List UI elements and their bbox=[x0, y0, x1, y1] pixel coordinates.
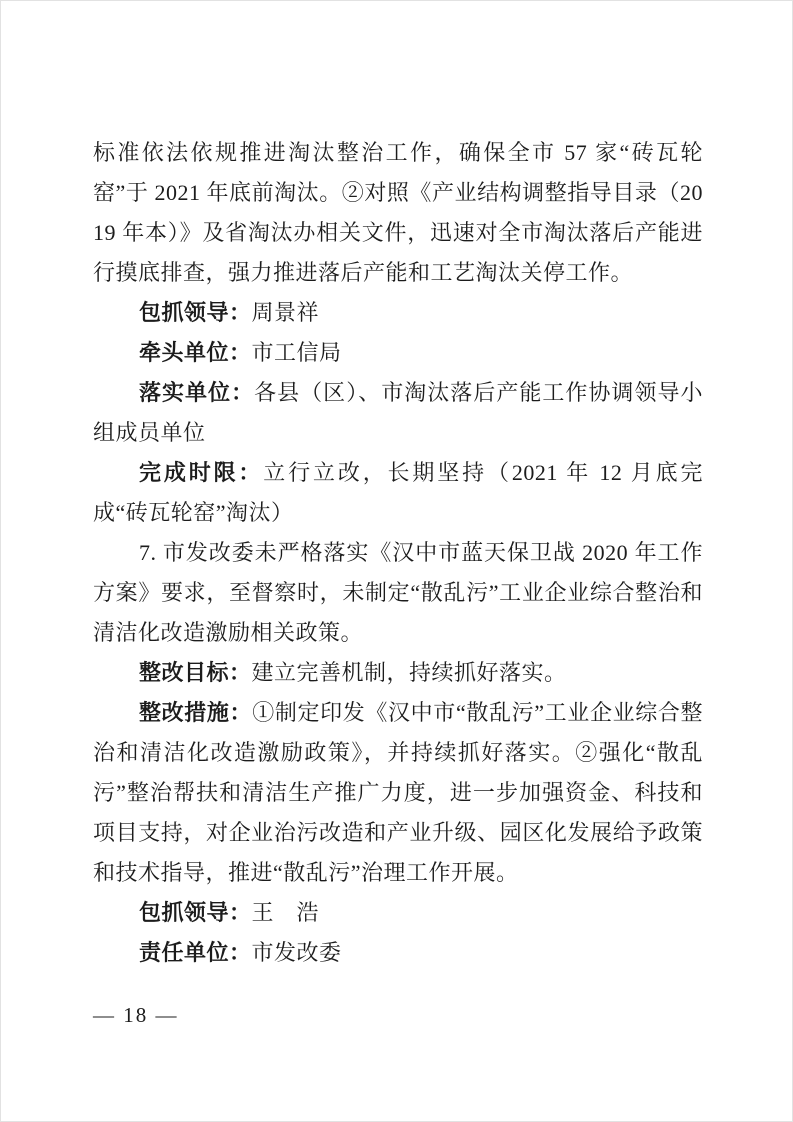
field-line-baozhua-leader-2: 包抓领导：王 浩 bbox=[93, 893, 703, 933]
field-line-deadline: 完成时限：立行立改，长期坚持（2021 年 12 月底完成“砖瓦轮窑”淘汰） bbox=[93, 453, 703, 533]
paragraph-item-7: 7. 市发改委未严格落实《汉中市蓝天保卫战 2020 年工作方案》要求，至督察时… bbox=[93, 533, 703, 653]
field-value: 市工信局 bbox=[252, 340, 342, 365]
paragraph-continuation: 标准依法依规推进淘汰整治工作，确保全市 57 家“砖瓦轮窑”于 2021 年底前… bbox=[93, 133, 703, 293]
field-line-rectification-measures: 整改措施：①制定印发《汉中市“散乱污”工业企业综合整治和清洁化改造激励政策》，并… bbox=[93, 693, 703, 893]
field-value: 周景祥 bbox=[252, 300, 320, 325]
document-body: 标准依法依规推进淘汰整治工作，确保全市 57 家“砖瓦轮窑”于 2021 年底前… bbox=[93, 133, 703, 973]
field-value: 市发改委 bbox=[252, 940, 342, 965]
field-label: 完成时限： bbox=[139, 460, 263, 485]
document-page: 标准依法依规推进淘汰整治工作，确保全市 57 家“砖瓦轮窑”于 2021 年底前… bbox=[0, 0, 793, 1122]
page-number: — 18 — bbox=[93, 1003, 179, 1028]
field-line-rectification-goal: 整改目标：建立完善机制，持续抓好落实。 bbox=[93, 653, 703, 693]
field-line-responsible-unit: 责任单位：市发改委 bbox=[93, 933, 703, 973]
field-line-baozhua-leader: 包抓领导：周景祥 bbox=[93, 293, 703, 333]
field-label: 包抓领导： bbox=[139, 900, 252, 925]
field-label: 整改措施： bbox=[139, 700, 252, 725]
paragraph-text: 标准依法依规推进淘汰整治工作，确保全市 57 家“砖瓦轮窑”于 2021 年底前… bbox=[93, 140, 703, 285]
field-line-implementing-unit: 落实单位：各县（区）、市淘汰落后产能工作协调领导小组成员单位 bbox=[93, 373, 703, 453]
field-label: 落实单位： bbox=[139, 380, 254, 405]
field-label: 责任单位： bbox=[139, 940, 252, 965]
field-label: 包抓领导： bbox=[139, 300, 252, 325]
field-line-lead-unit: 牵头单位：市工信局 bbox=[93, 333, 703, 373]
field-label: 牵头单位： bbox=[139, 340, 252, 365]
field-value: 建立完善机制，持续抓好落实。 bbox=[252, 660, 567, 685]
field-value: 王 浩 bbox=[252, 900, 320, 925]
paragraph-text: 7. 市发改委未严格落实《汉中市蓝天保卫战 2020 年工作方案》要求，至督察时… bbox=[93, 540, 703, 645]
field-label: 整改目标： bbox=[139, 660, 252, 685]
field-value: ①制定印发《汉中市“散乱污”工业企业综合整治和清洁化改造激励政策》，并持续抓好落… bbox=[93, 700, 703, 885]
